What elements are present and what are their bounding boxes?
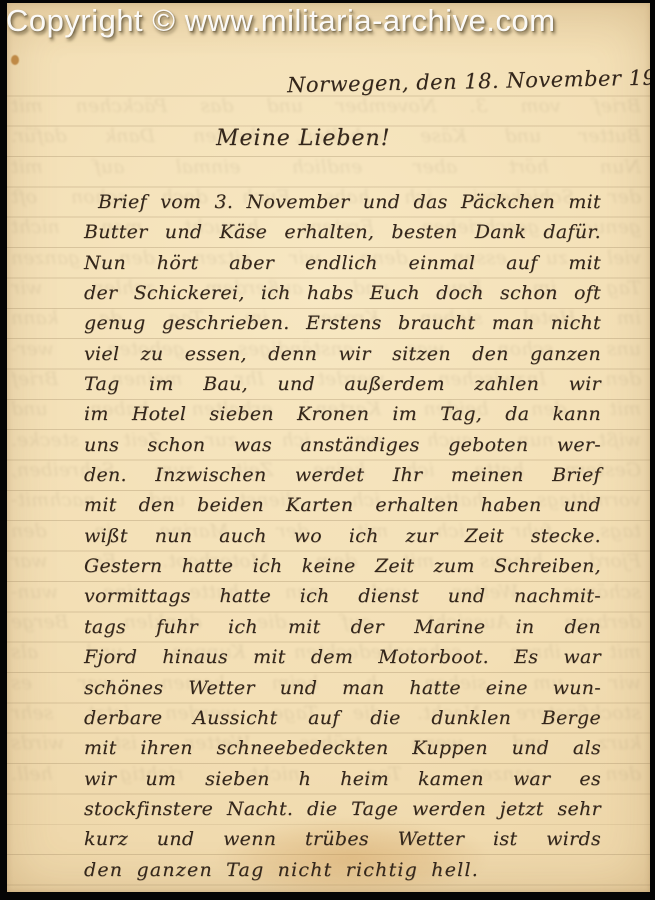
handwritten-line: stockfinstere Nacht. die Tage werden jet… xyxy=(84,794,601,824)
handwritten-line: genug geschrieben. Erstens braucht man n… xyxy=(84,308,601,338)
handwritten-line: der Schickerei, ich habs Euch doch schon… xyxy=(84,278,601,308)
handwritten-line: wir um sieben h heim kamen war es xyxy=(84,764,601,794)
handwritten-line: schönes Wetter und man hatte eine wun- xyxy=(84,673,601,703)
letter-body: Brief vom 3. November und das Päckchen m… xyxy=(84,187,601,885)
handwritten-line: tags fuhr ich mit der Marine in den xyxy=(84,612,601,642)
handwritten-line: kurz und wenn trübes Wetter ist wirds xyxy=(84,824,601,854)
handwritten-line: mit ihren schneebedeckten Kuppen und als xyxy=(84,733,601,763)
handwritten-line: mit den beiden Karten erhalten haben und xyxy=(84,490,601,520)
handwritten-line: den. Inzwischen werdet Ihr meinen Brief xyxy=(84,460,601,490)
handwritten-line: den ganzen Tag nicht richtig hell. xyxy=(84,855,601,885)
scanned-letter-page: { "watermark": { "text": "Copyright © ww… xyxy=(0,0,655,900)
handwritten-line: Gestern hatte ich keine Zeit zum Schreib… xyxy=(84,551,601,581)
handwritten-line: uns schon was anständiges geboten wer- xyxy=(84,430,601,460)
handwritten-line: derbare Aussicht auf die dunklen Berge xyxy=(84,703,601,733)
handwritten-line: im Hotel sieben Kronen im Tag, da kann xyxy=(84,399,601,429)
letter-salutation: Meine Lieben! xyxy=(216,126,391,151)
handwritten-line: wißt nun auch wo ich zur Zeit stecke. xyxy=(84,521,601,551)
handwritten-line: Fjord hinaus mit dem Motorboot. Es war xyxy=(84,642,601,672)
paper-stain xyxy=(11,55,19,65)
handwritten-line: Nun hört aber endlich einmal auf mit xyxy=(84,248,601,278)
handwritten-line: viel zu essen, denn wir sitzen den ganze… xyxy=(84,339,601,369)
copyright-watermark: Copyright © www.militaria-archive.com xyxy=(6,3,556,39)
handwritten-line: vormittags hatte ich dienst und nachmit- xyxy=(84,581,601,611)
letter-paper: Brief vom 3. November und das Päckchen m… xyxy=(7,3,650,892)
handwritten-line: Butter und Käse erhalten, besten Dank da… xyxy=(84,217,601,247)
handwritten-line: Tag im Bau, und außerdem zahlen wir xyxy=(84,369,601,399)
handwritten-line: Brief vom 3. November und das Päckchen m… xyxy=(84,187,601,217)
